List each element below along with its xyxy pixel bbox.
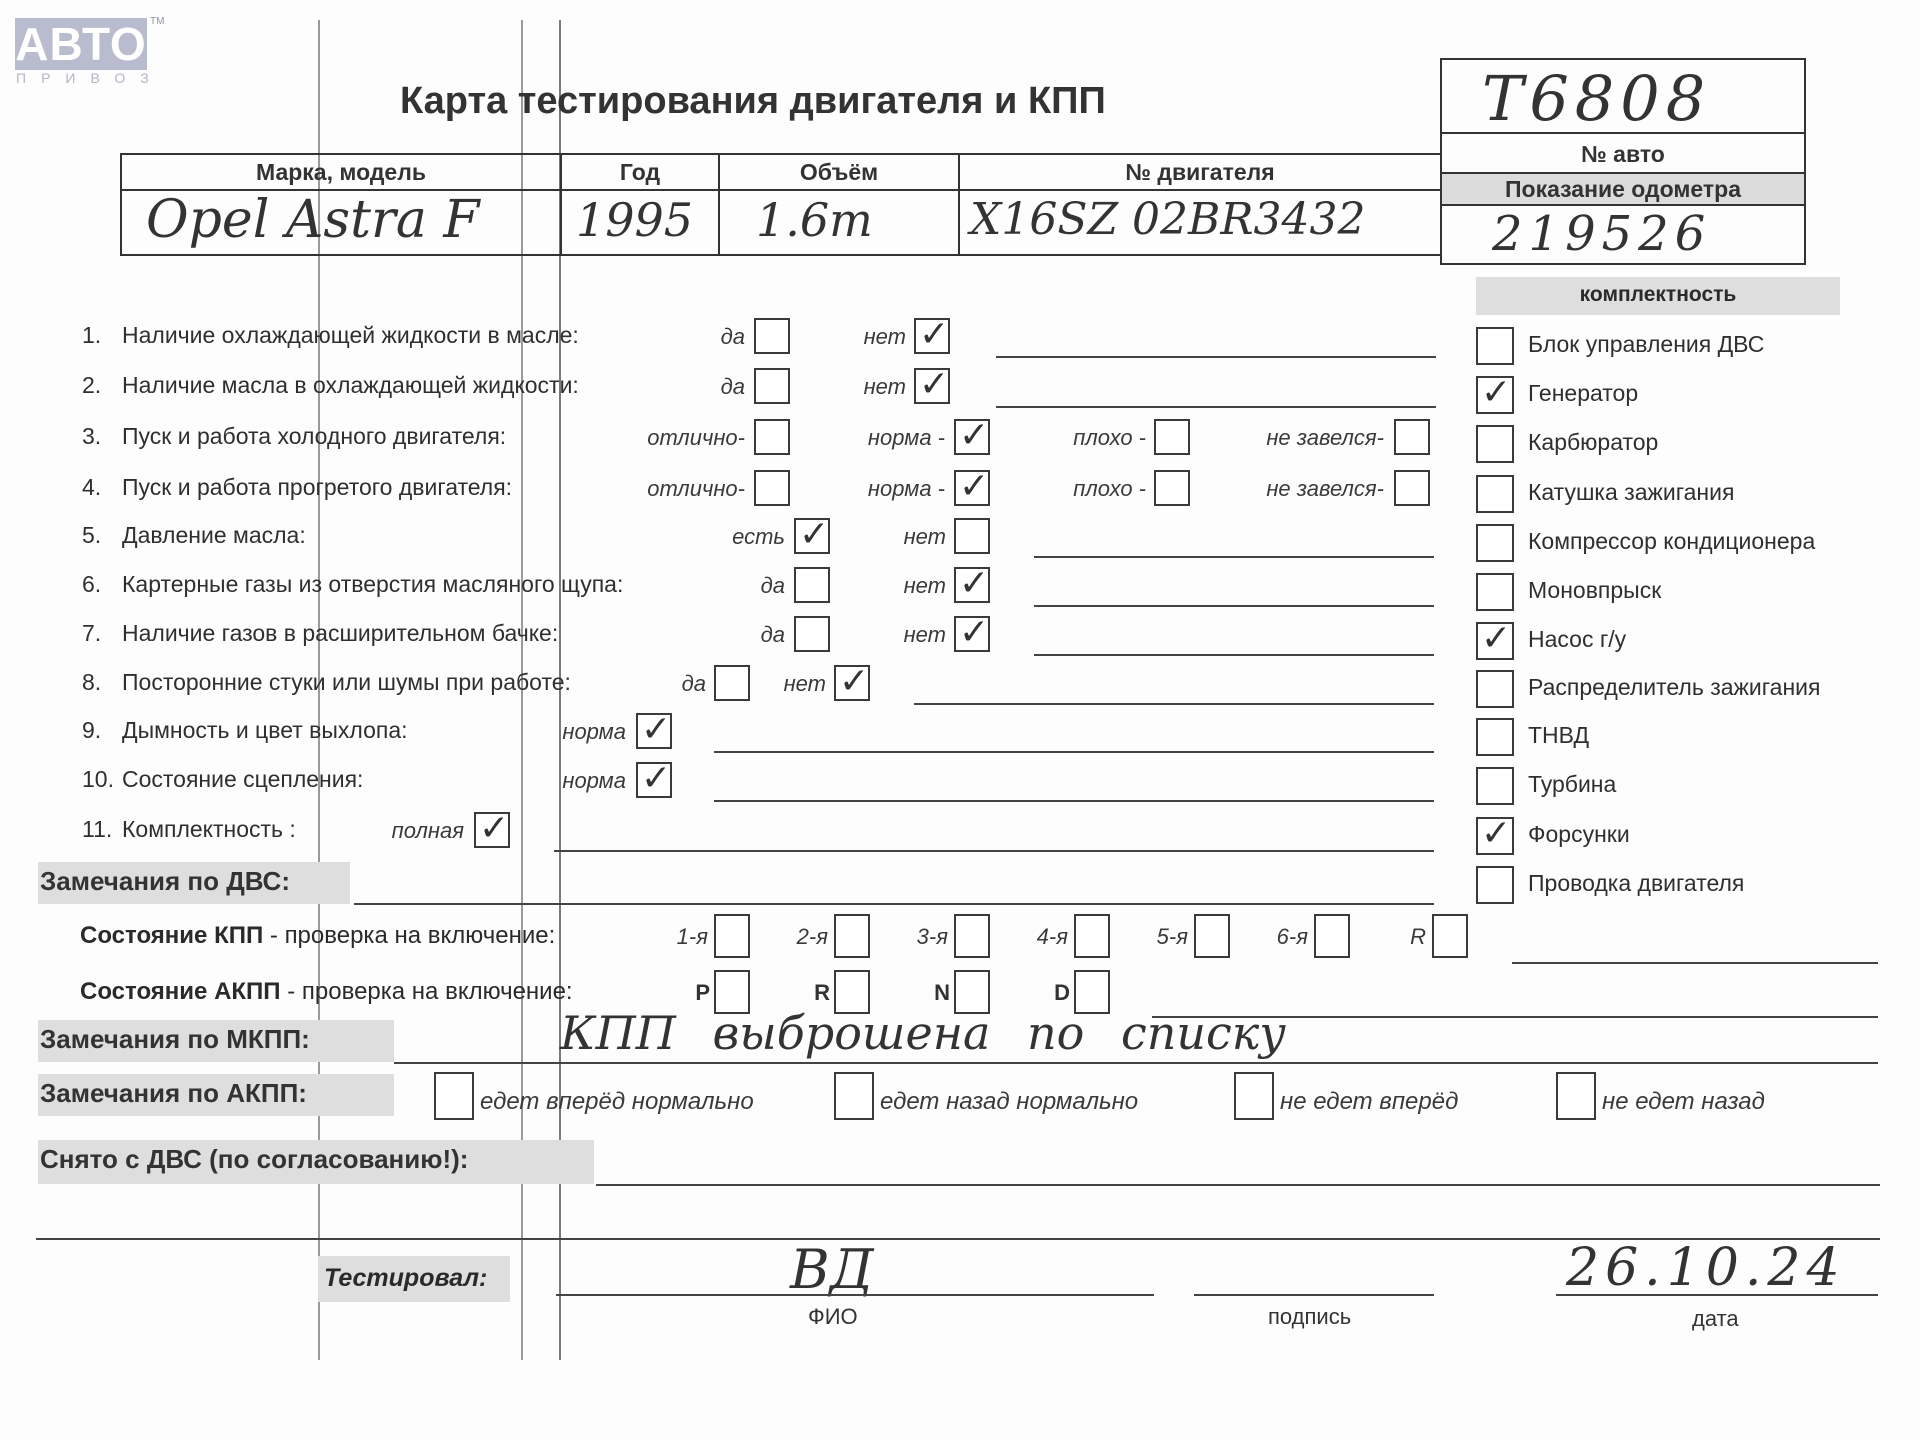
checkbox[interactable] [1476, 866, 1514, 904]
column-header-year: Год [562, 155, 718, 189]
car-number-odometer-box: T6808 № авто Показание одометра 219526 [1440, 58, 1806, 265]
option-label: нет [864, 324, 906, 350]
completeness-item-label: Форсунки [1528, 821, 1630, 848]
checkbox[interactable] [1476, 376, 1514, 414]
checkbox[interactable] [1476, 767, 1514, 805]
gear-label: 5-я [1157, 924, 1188, 950]
engine-remarks-field[interactable] [354, 903, 1434, 905]
completeness-item-label: Катушка зажигания [1528, 479, 1734, 506]
completeness-item-label: Проводка двигателя [1528, 870, 1744, 897]
checklist-label: Дымность и цвет выхлопа: [122, 717, 408, 744]
year-value: 1995 [562, 189, 718, 251]
checklist-number: 11. [82, 816, 112, 843]
name-caption: ФИО [808, 1304, 858, 1330]
auto-gearbox-label: Состояние АКПП - проверка на включение: [80, 978, 573, 1006]
column-header-make-model: Марка, модель [122, 155, 560, 189]
checklist-number: 9. [82, 717, 101, 744]
engine-number-value: X16SZ 02BR3432 [960, 189, 1440, 251]
completeness-item-label: Генератор [1528, 380, 1638, 407]
completeness-item-label: ТНВД [1528, 722, 1589, 749]
checkbox[interactable] [754, 470, 790, 506]
gear-label: R [1410, 924, 1426, 950]
manual-gearbox-label: Состояние КПП - проверка на включение: [80, 922, 555, 950]
odometer-label: Показание одометра [1442, 174, 1804, 204]
tested-by-label: Тестировал: [324, 1264, 487, 1293]
gear-label: 3-я [917, 924, 948, 950]
option-label: нет [904, 622, 946, 648]
akpp-option-label: не едет назад [1602, 1088, 1765, 1116]
checkbox[interactable] [1394, 419, 1430, 455]
removed-field[interactable] [596, 1184, 1880, 1186]
checkbox[interactable] [636, 762, 672, 798]
checklist-number: 8. [82, 669, 101, 696]
checklist-number: 2. [82, 372, 101, 399]
option-label: да [721, 324, 745, 350]
tester-name-value[interactable]: ВД [790, 1238, 874, 1301]
gear-checkbox[interactable] [714, 914, 750, 958]
checkbox[interactable] [1394, 470, 1430, 506]
option-label: отлично- [647, 425, 745, 451]
checklist-label: Наличие газов в расширительном бачке: [122, 620, 558, 647]
option-label: отлично- [647, 476, 745, 502]
option-label: нет [904, 524, 946, 550]
option-label: плохо - [1073, 476, 1146, 502]
car-number-label: № авто [1442, 136, 1804, 172]
checklist-number: 5. [82, 522, 101, 549]
option-label: нет [784, 671, 826, 697]
checkbox[interactable] [1476, 622, 1514, 660]
akpp-option-checkbox[interactable] [1234, 1072, 1274, 1120]
checkbox[interactable] [954, 419, 990, 455]
checklist-label: Посторонние стуки или шумы при работе: [122, 669, 571, 696]
odometer-value: 219526 [1492, 206, 1711, 262]
checklist-notes-field[interactable] [554, 850, 1434, 852]
signature-caption: подпись [1268, 1304, 1351, 1330]
checklist-number: 7. [82, 620, 101, 647]
completeness-item-label: Компрессор кондиционера [1528, 528, 1815, 555]
manual-gearbox-notes-field[interactable] [1512, 962, 1878, 964]
checkbox[interactable] [1476, 524, 1514, 562]
checkbox[interactable] [636, 713, 672, 749]
gear-label: 2-я [797, 924, 828, 950]
akpp-option-label: едет назад нормально [880, 1088, 1138, 1116]
akpp-option-checkbox[interactable] [1556, 1072, 1596, 1120]
checklist-label: Наличие охлаждающей жидкости в масле: [122, 322, 579, 349]
akpp-remarks-label: Замечания по АКПП: [40, 1078, 307, 1109]
checklist-number: 1. [82, 322, 101, 349]
gear-checkbox[interactable] [954, 914, 990, 958]
checkbox[interactable] [1476, 425, 1514, 463]
checklist-label: Давление масла: [122, 522, 306, 549]
checklist-notes-field[interactable] [1034, 654, 1434, 656]
tester-name-line [556, 1294, 1154, 1296]
removed-label: Снято с ДВС (по согласованию!): [40, 1144, 468, 1175]
checklist-notes-field[interactable] [714, 800, 1434, 802]
checkbox[interactable] [794, 567, 830, 603]
checkbox[interactable] [914, 318, 950, 354]
engine-remarks-label: Замечания по ДВС: [40, 866, 290, 897]
gear-checkbox[interactable] [834, 914, 870, 958]
checkbox[interactable] [474, 812, 510, 848]
option-label: нет [864, 374, 906, 400]
make-model-value: Opel Astra F [122, 189, 560, 251]
option-label: не завелся- [1266, 425, 1384, 451]
checkbox[interactable] [1154, 470, 1190, 506]
mkpp-remarks-label: Замечания по МКПП: [40, 1024, 310, 1055]
gear-label: N [934, 980, 950, 1006]
checkbox[interactable] [914, 368, 950, 404]
checkbox[interactable] [754, 419, 790, 455]
checkbox[interactable] [954, 518, 990, 554]
checklist-number: 10. [82, 766, 114, 793]
akpp-option-checkbox[interactable] [834, 1072, 874, 1120]
option-label: есть [732, 524, 785, 550]
mkpp-remarks-line [394, 1062, 1878, 1064]
gear-checkbox[interactable] [1074, 914, 1110, 958]
option-label: норма - [868, 425, 945, 451]
gear-label: 1-я [677, 924, 708, 950]
page-title: Карта тестирования двигателя и КПП [400, 80, 1106, 123]
checklist-label: Пуск и работа холодного двигателя: [122, 423, 506, 450]
date-line [1556, 1294, 1878, 1296]
checkbox[interactable] [1476, 670, 1514, 708]
option-label: не завелся- [1266, 476, 1384, 502]
completeness-item-label: Моновпрыск [1528, 577, 1661, 604]
checkbox[interactable] [1476, 475, 1514, 513]
option-label: да [682, 671, 706, 697]
checklist-number: 4. [82, 474, 101, 501]
checklist-number: 3. [82, 423, 101, 450]
gear-label: D [1054, 980, 1070, 1006]
checkbox[interactable] [714, 665, 750, 701]
completeness-item-label: Блок управления ДВС [1528, 331, 1764, 358]
option-label: да [761, 573, 785, 599]
car-number-value: T6808 [1482, 62, 1711, 135]
option-label: плохо - [1073, 425, 1146, 451]
volume-value: 1.6m [720, 189, 958, 251]
completeness-item-label: Распределитель зажигания [1528, 674, 1820, 701]
checkbox[interactable] [954, 567, 990, 603]
checklist-label: Картерные газы из отверстия масляного щу… [122, 571, 623, 598]
vehicle-info-table: Марка, модель Opel Astra F Год 1995 Объё… [120, 153, 1442, 256]
checklist-notes-field[interactable] [996, 406, 1436, 408]
checkbox[interactable] [1476, 573, 1514, 611]
gear-label: P [695, 980, 710, 1006]
checklist-notes-field[interactable] [1034, 605, 1434, 607]
checklist-label: Пуск и работа прогретого двигателя: [122, 474, 512, 501]
logo-trademark: TM [150, 16, 164, 27]
akpp-option-label: не едет вперёд [1280, 1088, 1458, 1116]
checkbox[interactable] [754, 318, 790, 354]
gear-label: R [814, 980, 830, 1006]
gear-label: 6-я [1277, 924, 1308, 950]
checklist-notes-field[interactable] [714, 751, 1434, 753]
gear-checkbox[interactable] [1432, 914, 1468, 958]
checklist-notes-field[interactable] [996, 356, 1436, 358]
completeness-heading: комплектность [1476, 283, 1840, 307]
mkpp-remarks-value[interactable]: КПП выброшена по списку [560, 1006, 1286, 1060]
akpp-option-checkbox[interactable] [434, 1072, 474, 1120]
checklist-label: Состояние сцепления: [122, 766, 363, 793]
checkbox[interactable] [1476, 327, 1514, 365]
gear-label: 4-я [1037, 924, 1068, 950]
checkbox[interactable] [794, 616, 830, 652]
checklist-notes-field[interactable] [914, 703, 1434, 705]
option-label: норма - [868, 476, 945, 502]
option-label: полная [392, 818, 464, 844]
date-caption: дата [1692, 1306, 1739, 1332]
option-label: да [761, 622, 785, 648]
signature-field[interactable] [1194, 1294, 1434, 1296]
checkbox[interactable] [1476, 718, 1514, 756]
checklist-notes-field[interactable] [1034, 556, 1434, 558]
logo: АВТО [15, 18, 147, 70]
gear-checkbox[interactable] [1314, 914, 1350, 958]
checkbox[interactable] [1154, 419, 1190, 455]
logo-subtitle: ПРИВОЗ [16, 70, 164, 86]
column-header-engine-number: № двигателя [960, 155, 1440, 189]
completeness-item-label: Турбина [1528, 771, 1616, 798]
completeness-item-label: Насос г/у [1528, 626, 1626, 653]
checkbox[interactable] [954, 616, 990, 652]
completeness-item-label: Карбюратор [1528, 429, 1658, 456]
column-header-volume: Объём [720, 155, 958, 189]
checklist-label: Комплектность : [122, 816, 296, 843]
option-label: нет [904, 573, 946, 599]
checkbox[interactable] [754, 368, 790, 404]
checkbox[interactable] [794, 518, 830, 554]
akpp-option-label: едет вперёд нормально [480, 1088, 754, 1116]
checkbox[interactable] [1476, 817, 1514, 855]
checklist-label: Наличие масла в охлаждающей жидкости: [122, 372, 579, 399]
option-label: норма [562, 768, 626, 794]
checkbox[interactable] [834, 665, 870, 701]
gear-checkbox[interactable] [1194, 914, 1230, 958]
option-label: да [721, 374, 745, 400]
date-value[interactable]: 26.10.24 [1566, 1238, 1846, 1298]
option-label: норма [562, 719, 626, 745]
checklist-number: 6. [82, 571, 101, 598]
checkbox[interactable] [954, 470, 990, 506]
